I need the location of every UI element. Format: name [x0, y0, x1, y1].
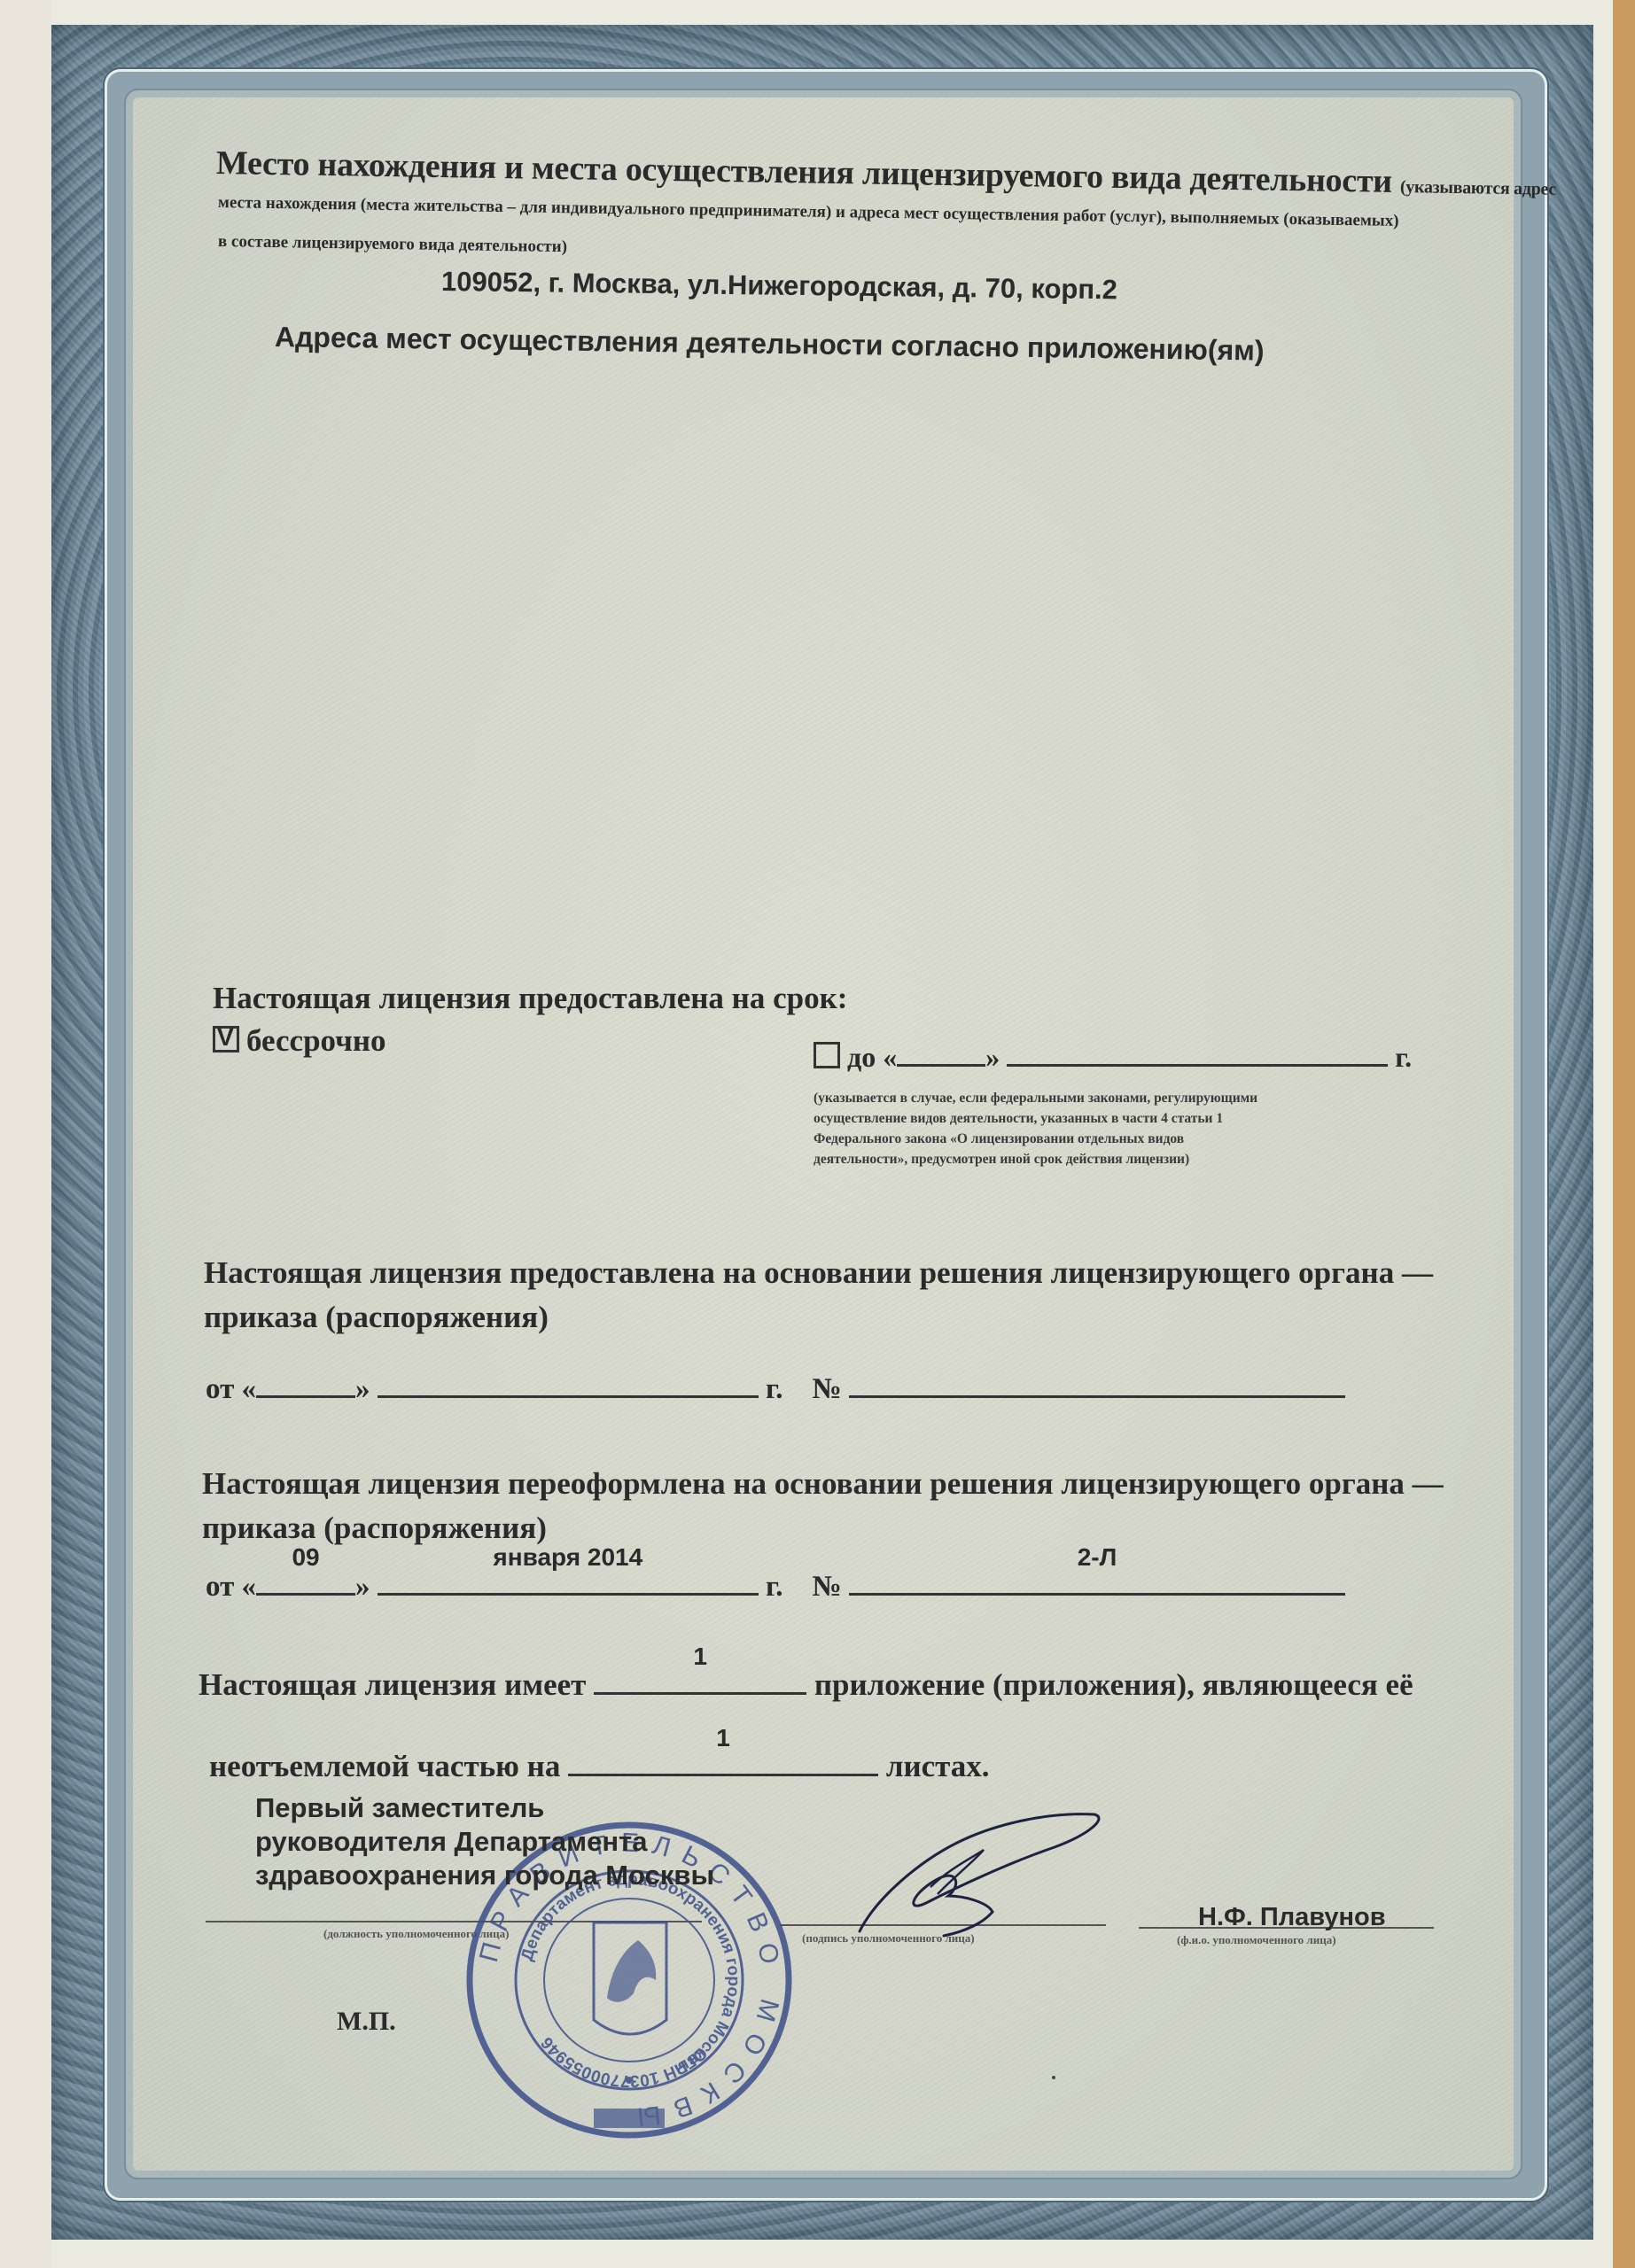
perpetual-checkbox[interactable] [213, 1026, 239, 1052]
reissue-quote: » [355, 1571, 370, 1603]
paper-speck [1052, 2076, 1055, 2079]
reissue-number: 2-Л [849, 1543, 1345, 1572]
reissue-month-year: января 2014 [378, 1543, 759, 1572]
appendix-suffix: приложение (приложения), являющееся её [814, 1667, 1413, 1702]
reissue-day: 09 [256, 1543, 355, 1572]
reissue-number-field[interactable]: 2-Л [849, 1566, 1345, 1596]
st-george-icon [607, 1940, 656, 2002]
appendix-prefix: Настоящая лицензия имеет [199, 1667, 586, 1702]
until-note: (указывается в случае, если федеральными… [814, 1088, 1274, 1169]
registered-address: 109052, г. Москва, ул.Нижегородская, д. … [441, 266, 1117, 306]
sheets-count-field[interactable]: 1 [568, 1747, 878, 1776]
until-month-year-field[interactable] [1007, 1041, 1388, 1067]
signatory-position: Первый заместитель руководителя Департам… [255, 1791, 716, 1892]
basis-quote: » [355, 1373, 370, 1405]
reissue-day-field[interactable]: 09 [256, 1566, 355, 1596]
name-caption: (ф.и.о. уполномоченного лица) [1177, 1933, 1336, 1947]
appendix-count: 1 [594, 1643, 806, 1671]
basis-month-year-field[interactable] [378, 1369, 759, 1398]
heading-subline-2: в составе лицензируемого вида деятельнос… [218, 232, 567, 257]
heading-subline-1: места нахождения (места жительства – для… [218, 193, 1399, 231]
appendix-line: Настоящая лицензия имеет 1 приложение (п… [199, 1666, 1413, 1703]
until-quote: » [985, 1041, 1000, 1073]
reissue-order-line: от «09» января 2014 г. № 2-Л [206, 1566, 1345, 1604]
basis-text: Настоящая лицензия предоставлена на осно… [204, 1251, 1444, 1340]
seal-label: М.П. [337, 2007, 396, 2037]
basis-number-sign: № [813, 1373, 842, 1405]
signatory-name: Н.Ф. Плавунов [1198, 1903, 1386, 1932]
reissue-month-year-field[interactable]: января 2014 [378, 1566, 759, 1596]
sheets-count: 1 [568, 1724, 878, 1752]
heading-title: Место нахождения и места осуществления л… [216, 144, 1392, 200]
until-option: до «» г. [814, 1041, 1412, 1074]
basis-number-field[interactable] [849, 1369, 1345, 1398]
reissue-from: от « [206, 1571, 256, 1603]
basis-day-field[interactable] [256, 1369, 355, 1398]
until-prefix: до « [847, 1041, 897, 1073]
reissue-number-sign: № [813, 1571, 842, 1603]
perpetual-option: бессрочно [213, 1023, 386, 1059]
location-heading: Место нахождения и места осуществления л… [216, 144, 1557, 204]
license-page: Место нахождения и места осуществления л… [0, 0, 1635, 2268]
reissue-text: Настоящая лицензия переоформлена на осно… [202, 1462, 1460, 1550]
basis-order-line: от «» г. № [206, 1369, 1345, 1406]
until-year-suffix: г. [1395, 1041, 1412, 1073]
sheets-suffix: листах. [886, 1749, 990, 1783]
perpetual-label: бессрочно [246, 1023, 386, 1058]
heading-note: (указываются адрес [1400, 177, 1556, 199]
basis-from: от « [206, 1373, 256, 1405]
address-note: Адреса мест осуществления деятельности с… [275, 321, 1265, 368]
sheets-prefix: неотъемлемой частью на [209, 1749, 560, 1783]
basis-year-suffix: г. [766, 1373, 783, 1405]
sheets-line: неотъемлемой частью на 1 листах. [209, 1747, 990, 1784]
term-label: Настоящая лицензия предоставлена на срок… [213, 981, 847, 1016]
reissue-year-suffix: г. [766, 1571, 783, 1603]
handwritten-signature [842, 1807, 1108, 1940]
until-checkbox[interactable] [814, 1042, 840, 1068]
until-day-field[interactable] [897, 1041, 985, 1067]
appendix-count-field[interactable]: 1 [594, 1666, 806, 1695]
